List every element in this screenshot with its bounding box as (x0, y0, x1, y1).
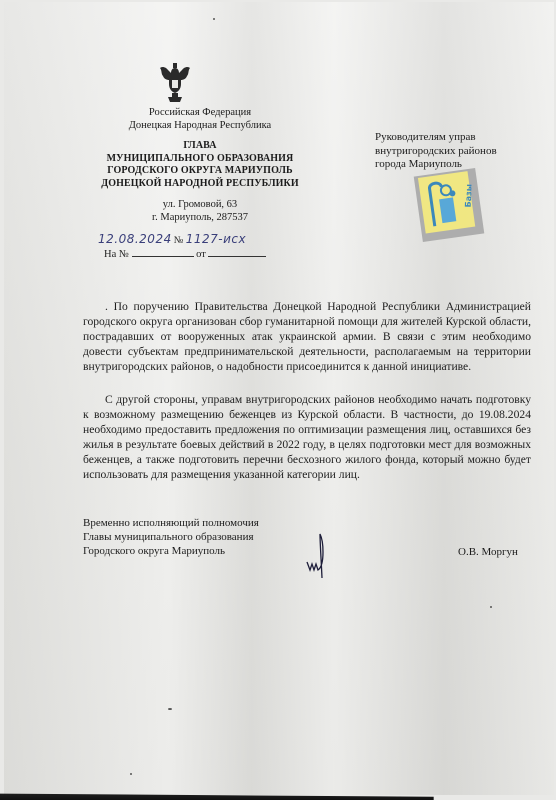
ref-label: На № (104, 249, 129, 260)
sender-title-line: ГОРОДСКОГО ОКРУГА МАРИУПОЛЬ (80, 165, 320, 178)
recipient-block: Руководителям управ внутригородских райо… (375, 131, 545, 172)
baza-logo-icon: Базы (414, 168, 485, 242)
position-line: Временно исполняющий полномочия (83, 516, 259, 530)
sender-title-line: ДОНЕЦКОЙ НАРОДНОЙ РЕСПУБЛИКИ (80, 178, 320, 191)
watermark-text: Базы (464, 184, 474, 208)
registration-date: 12.08.2024 (98, 232, 172, 246)
scan-speck (130, 773, 132, 775)
address-street: ул. Громовой, 63 (100, 198, 300, 211)
recipient-line: внутригородских районов (375, 145, 545, 159)
ref-number-blank (132, 247, 194, 257)
registration-number: 1127-исх (186, 232, 246, 246)
handwritten-signature-icon (305, 532, 331, 580)
position-line: Главы муниципального образования (83, 530, 259, 544)
paragraph-1: . По поручению Правительства Донецкой На… (83, 299, 531, 374)
number-sign: № (174, 235, 184, 246)
recipient-line: Руководителям управ (375, 131, 545, 145)
position-line: Городского округа Мариуполь (83, 544, 259, 558)
ref-date-blank (208, 247, 266, 257)
sender-title: ГЛАВА МУНИЦИПАЛЬНОГО ОБРАЗОВАНИЯ ГОРОДСК… (80, 140, 320, 190)
scan-speck (168, 708, 172, 710)
sender-title-line: МУНИЦИПАЛЬНОГО ОБРАЗОВАНИЯ (80, 153, 320, 166)
republic-name: Донецкая Народная Республика (80, 119, 320, 132)
sender-title-line: ГЛАВА (80, 140, 320, 153)
scan-speck (213, 18, 215, 20)
sender-federation: Российская Федерация Донецкая Народная Р… (80, 106, 320, 132)
signatory-position: Временно исполняющий полномочия Главы му… (83, 516, 259, 558)
address-city: г. Мариуполь, 287537 (100, 211, 300, 224)
sender-address: ул. Громовой, 63 г. Мариуполь, 287537 (100, 198, 300, 224)
reference-line: На № от (104, 247, 266, 261)
paragraph-2: С другой стороны, управам внутригородски… (83, 392, 531, 482)
ref-from-label: от (196, 249, 206, 260)
scan-speck (490, 606, 492, 608)
signer-name: О.В. Моргун (458, 546, 518, 558)
coat-of-arms-icon (158, 62, 192, 104)
registration-line: 12.08.2024№1127-исх (98, 232, 298, 248)
federation-name: Российская Федерация (80, 106, 320, 119)
